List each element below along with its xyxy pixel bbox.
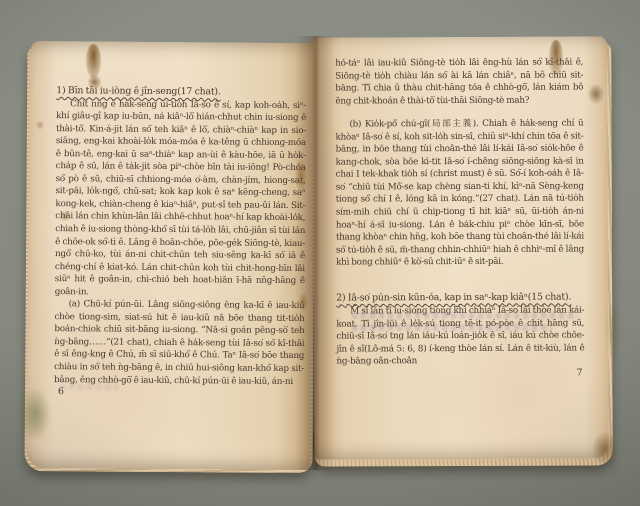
right-page: hó-táⁿ lâi iau-kiû Siōng-tè tio̍h lâi ên… bbox=[313, 36, 609, 459]
photo-background: 1) Bīn tāi iu-iòng ê jîn-seng(17 chat). … bbox=[0, 0, 640, 506]
right-paragraph-3: M̄ sī lán tī iu-siong tiong khì chhiáⁿ I… bbox=[336, 305, 584, 369]
right-paragraph-2: (b) Kio̍k-pō͘ chú-gī(局部主義). Chiah ê ha̍k… bbox=[335, 118, 584, 270]
left-page: 1) Bīn tāi iu-iòng ê jîn-seng(17 chat). … bbox=[26, 41, 313, 470]
page-number-left: 6 bbox=[54, 386, 304, 401]
left-paragraph-2: (a) Chū-kí pún-ūi. Lâng siōng-siōng ēng … bbox=[54, 298, 305, 388]
left-paragraph-1: Chit nn̄g ê ha̍k-seng ūi-tio̍h Iâ-so͘ ê … bbox=[55, 98, 307, 301]
section-heading-2: 2) Iâ-so͘ pún-sin kūn-óa, kap in saⁿ-kap… bbox=[336, 291, 584, 305]
right-paragraph-1: hó-táⁿ lâi iau-kiû Siōng-tè tio̍h lâi ên… bbox=[335, 56, 583, 107]
page-number-right: 7 bbox=[337, 367, 585, 381]
